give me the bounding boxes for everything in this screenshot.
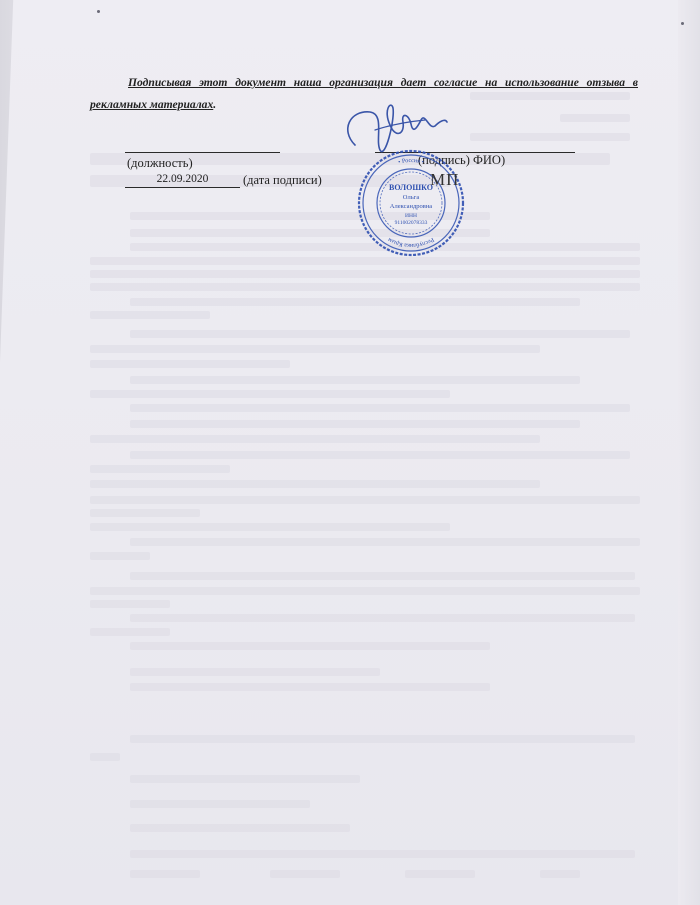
svg-text:ИНН: ИНН [405,213,417,219]
consent-period: . [213,98,216,111]
scanned-page: Подписывая этот документ наша организаци… [0,0,700,905]
date-caption: (дата подписи) [243,173,322,188]
scan-speck [97,10,100,13]
position-line [125,152,280,153]
svg-text:Ольга: Ольга [403,194,420,201]
page-fold-shadow [0,0,60,905]
handwritten-signature-icon [335,100,465,170]
svg-text:Республика Крым: Республика Крым [387,236,435,249]
position-label: (должность) [127,156,193,171]
seal-mark: МП [430,170,459,190]
signature-date: 22.09.2020 [125,171,240,188]
svg-text:911002078333: 911002078333 [395,220,428,226]
page-edge [678,0,700,905]
svg-text:Александровна: Александровна [390,203,433,210]
svg-text:ВОЛОШКО: ВОЛОШКО [389,183,433,192]
scan-speck [681,22,684,25]
